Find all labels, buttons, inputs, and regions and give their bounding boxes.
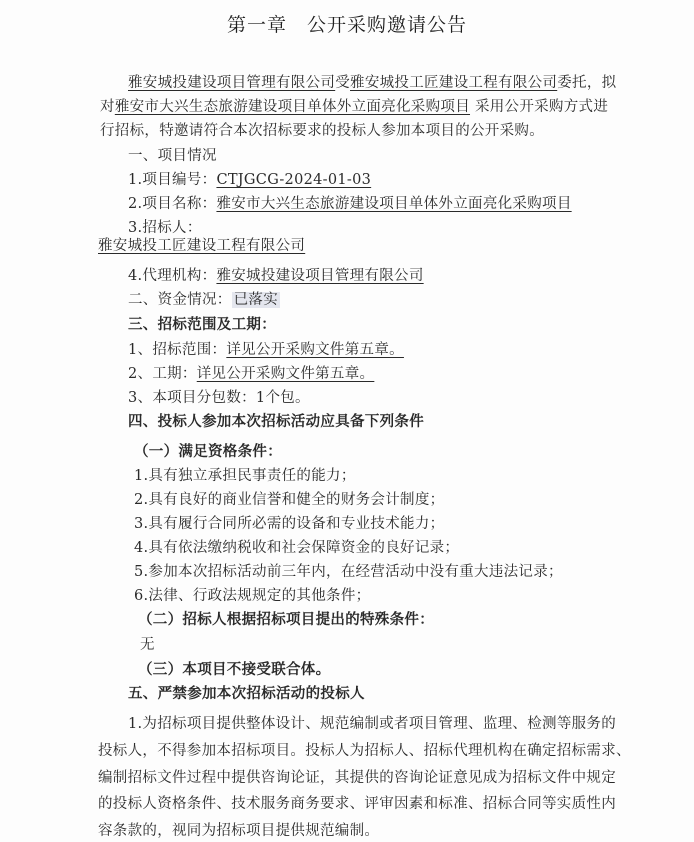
- qualification-item: 4.具有依法缴纳税收和社会保障资金的良好记录；: [134, 538, 459, 558]
- intro-line-1: 雅安城投建设项目管理有限公司受雅安城投工匠建设工程有限公司委托，拟: [128, 73, 616, 93]
- special-conditions-value: 无: [140, 635, 155, 655]
- intro-line-2: 对雅安市大兴生态旅游建设项目单体外立面亮化采购项目 采用公开采购方式进: [100, 97, 608, 117]
- section-5-para-line: 容条款的，视同为招标项目提供规范编制。: [98, 821, 379, 841]
- tenderer-label: 3.招标人：: [128, 218, 202, 238]
- tenderer-value: 雅安城投工匠建设工程有限公司: [98, 236, 305, 256]
- funding-status: 已落实: [232, 292, 280, 308]
- special-conditions-heading: （二）招标人根据招标项目提出的特殊条件：: [138, 610, 434, 630]
- section-5-para-line: 1.为招标项目提供整体设计、规范编制或者项目管理、监理、检测等服务的: [128, 714, 616, 734]
- section-5-para-line: 编制招标文件过程中提供咨询论证，其提供的咨询论证意见成为招标文件中规定: [98, 768, 616, 788]
- intro-line-3: 行招标，特邀请符合本次招标要求的投标人参加本项目的公开采购。: [100, 121, 544, 141]
- project-name: 雅安市大兴生态旅游建设项目单体外立面亮化采购项目: [115, 99, 470, 115]
- funding-row: 二、资金情况：已落实: [128, 290, 280, 310]
- project-name-row: 2.项目名称：雅安市大兴生态旅游建设项目单体外立面亮化采购项目: [128, 194, 572, 214]
- tenderer-name: 雅安城投工匠建设工程有限公司: [350, 75, 557, 91]
- scope-row: 1、招标范围：详见公开采购文件第五章。: [128, 340, 404, 360]
- qualification-item: 1.具有独立承担民事责任的能力；: [134, 466, 356, 486]
- page-title: 第一章 公开采购邀请公告: [0, 10, 694, 37]
- consortium-note: （三）本项目不接受联合体。: [138, 660, 330, 680]
- qualification-item: 6.法律、行政法规规定的其他条件；: [134, 586, 370, 606]
- section-1-heading: 一、项目情况: [128, 146, 217, 166]
- section-5-para-line: 的投标人资格条件、技术服务商务要求、评审因素和标准、招标合同等实质性内: [98, 794, 616, 814]
- qualification-item: 3.具有履行合同所必需的设备和专业技术能力；: [134, 514, 444, 534]
- agency-name: 雅安城投建设项目管理有限公司: [128, 75, 335, 91]
- agency-row: 4.代理机构：雅安城投建设项目管理有限公司: [128, 266, 424, 286]
- section-3-heading: 三、招标范围及工期：: [128, 315, 276, 335]
- period-row: 2、工期：详见公开采购文件第五章。: [128, 364, 374, 384]
- section-5-para-line: 投标人，不得参加本招标项目。投标人为招标人、招标代理机构在确定招标需求、: [98, 741, 631, 761]
- qualification-item: 2.具有良好的商业信誉和健全的财务会计制度；: [134, 490, 444, 510]
- qualification-item: 5.参加本次招标活动前三年内，在经营活动中没有重大违法记录；: [134, 562, 563, 582]
- project-number: 1.项目编号：CTJGCG-2024-01-03: [128, 170, 371, 190]
- section-5-heading: 五、严禁参加本次招标活动的投标人: [128, 684, 365, 704]
- section-4-heading: 四、投标人参加本次招标活动应具备下列条件: [128, 412, 424, 432]
- qualification-heading: （一）满足资格条件：: [134, 442, 282, 462]
- lots-row: 3、本项目分包数：1个包。: [128, 388, 310, 408]
